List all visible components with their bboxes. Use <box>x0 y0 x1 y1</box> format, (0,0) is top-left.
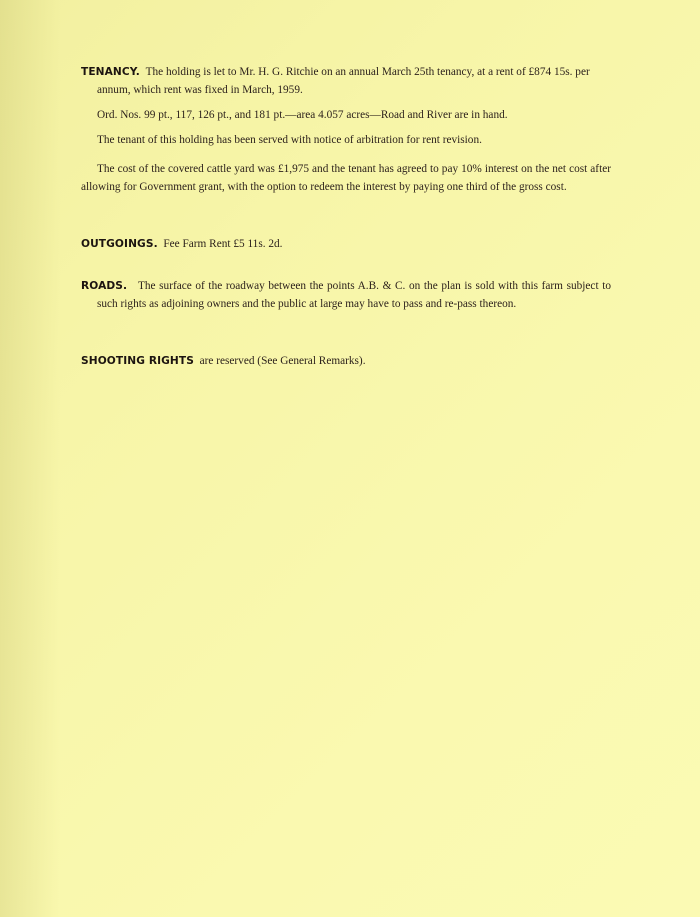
cattle-yard-paragraph: The cost of the covered cattle yard was … <box>81 161 611 196</box>
shooting-rights-paragraph: SHOOTING RIGHTS are reserved (See Genera… <box>81 353 611 371</box>
shooting-rights-text: are reserved (See General Remarks). <box>200 355 366 367</box>
tenancy-text: The holding is let to Mr. H. G. Ritchie … <box>97 66 590 96</box>
shooting-rights-section: SHOOTING RIGHTS are reserved (See Genera… <box>81 353 611 371</box>
outgoings-text: Fee Farm Rent £5 11s. 2d. <box>163 238 282 250</box>
tenancy-heading: TENANCY. <box>81 66 140 78</box>
ord-nos-paragraph: Ord. Nos. 99 pt., 117, 126 pt., and 181 … <box>97 109 508 121</box>
outgoings-paragraph: OUTGOINGS. Fee Farm Rent £5 11s. 2d. <box>81 236 611 254</box>
tenancy-section: TENANCY. The holding is let to Mr. H. G.… <box>81 64 611 99</box>
roads-heading: ROADS. <box>81 280 127 292</box>
roads-section: ROADS. The surface of the roadway betwee… <box>81 278 611 313</box>
outgoings-section: OUTGOINGS. Fee Farm Rent £5 11s. 2d. <box>81 236 611 254</box>
arbitration-paragraph: The tenant of this holding has been serv… <box>97 134 482 146</box>
outgoings-heading: OUTGOINGS. <box>81 238 158 250</box>
roads-text: The surface of the roadway between the p… <box>97 280 611 310</box>
shooting-rights-heading: SHOOTING RIGHTS <box>81 355 194 367</box>
document-page: TENANCY. The holding is let to Mr. H. G.… <box>0 0 700 917</box>
roads-paragraph: ROADS. The surface of the roadway betwee… <box>81 278 611 313</box>
page-edge-shadow <box>0 0 60 917</box>
tenancy-paragraph: TENANCY. The holding is let to Mr. H. G.… <box>81 64 611 99</box>
